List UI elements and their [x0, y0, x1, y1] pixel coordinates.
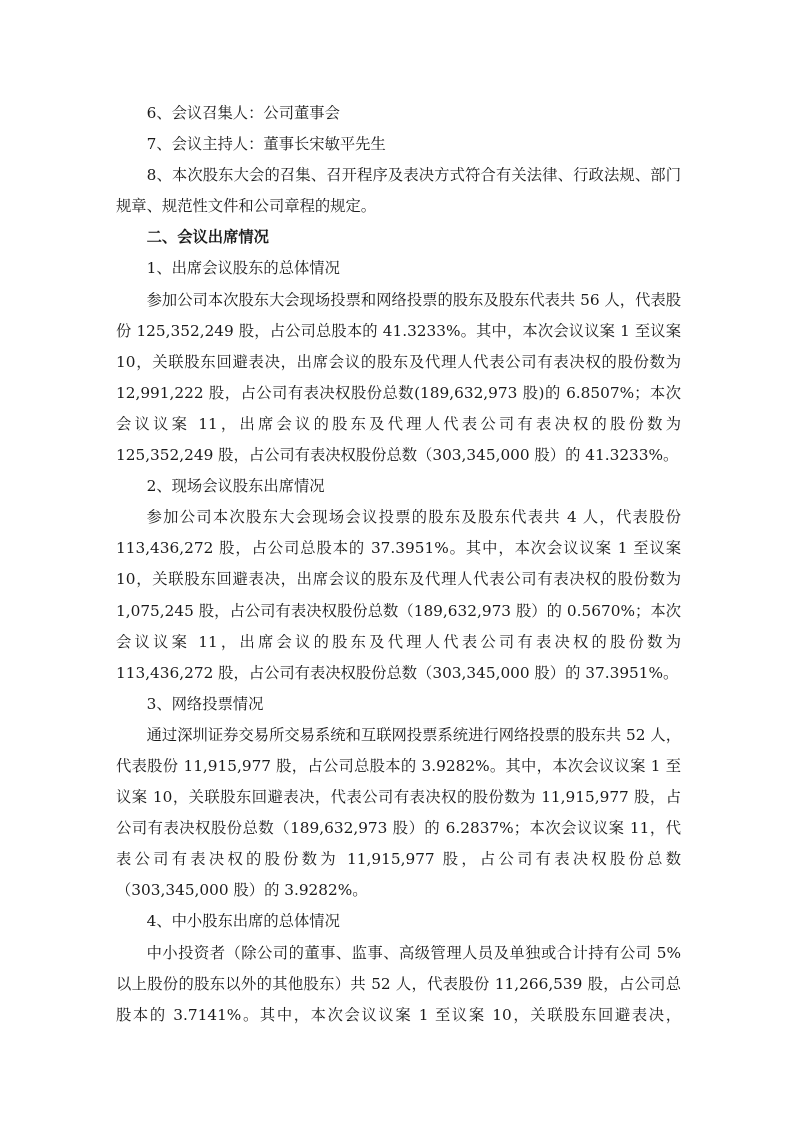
item-compliance: 8、本次股东大会的召集、召开程序及表决方式符合有关法律、行政法规、部门规章、规范…	[116, 160, 681, 222]
section-heading-attendance: 二、会议出席情况	[116, 222, 681, 253]
paragraph-overall-attendance: 参加公司本次股东大会现场投票和网络投票的股东及股东代表共 56 人，代表股份 1…	[116, 285, 681, 472]
subheading-online-voting: 3、网络投票情况	[116, 689, 681, 720]
paragraph-online-voting: 通过深圳证券交易所交易系统和互联网投票系统进行网络投票的股东共 52 人，代表股…	[116, 720, 681, 907]
subheading-onsite-attendance: 2、现场会议股东出席情况	[116, 471, 681, 502]
item-convener: 6、会议召集人：公司董事会	[116, 98, 681, 129]
paragraph-minority-shareholders: 中小投资者（除公司的董事、监事、高级管理人员及单独或合计持有公司 5% 以上股份…	[116, 938, 681, 1031]
paragraph-onsite-attendance: 参加公司本次股东大会现场会议投票的股东及股东代表共 4 人，代表股份 113,4…	[116, 502, 681, 689]
subheading-minority-shareholders: 4、中小股东出席的总体情况	[116, 906, 681, 937]
item-chair: 7、会议主持人：董事长宋敏平先生	[116, 129, 681, 160]
subheading-overall-attendance: 1、出席会议股东的总体情况	[116, 253, 681, 284]
document-page: 6、会议召集人：公司董事会 7、会议主持人：董事长宋敏平先生 8、本次股东大会的…	[116, 98, 681, 1031]
